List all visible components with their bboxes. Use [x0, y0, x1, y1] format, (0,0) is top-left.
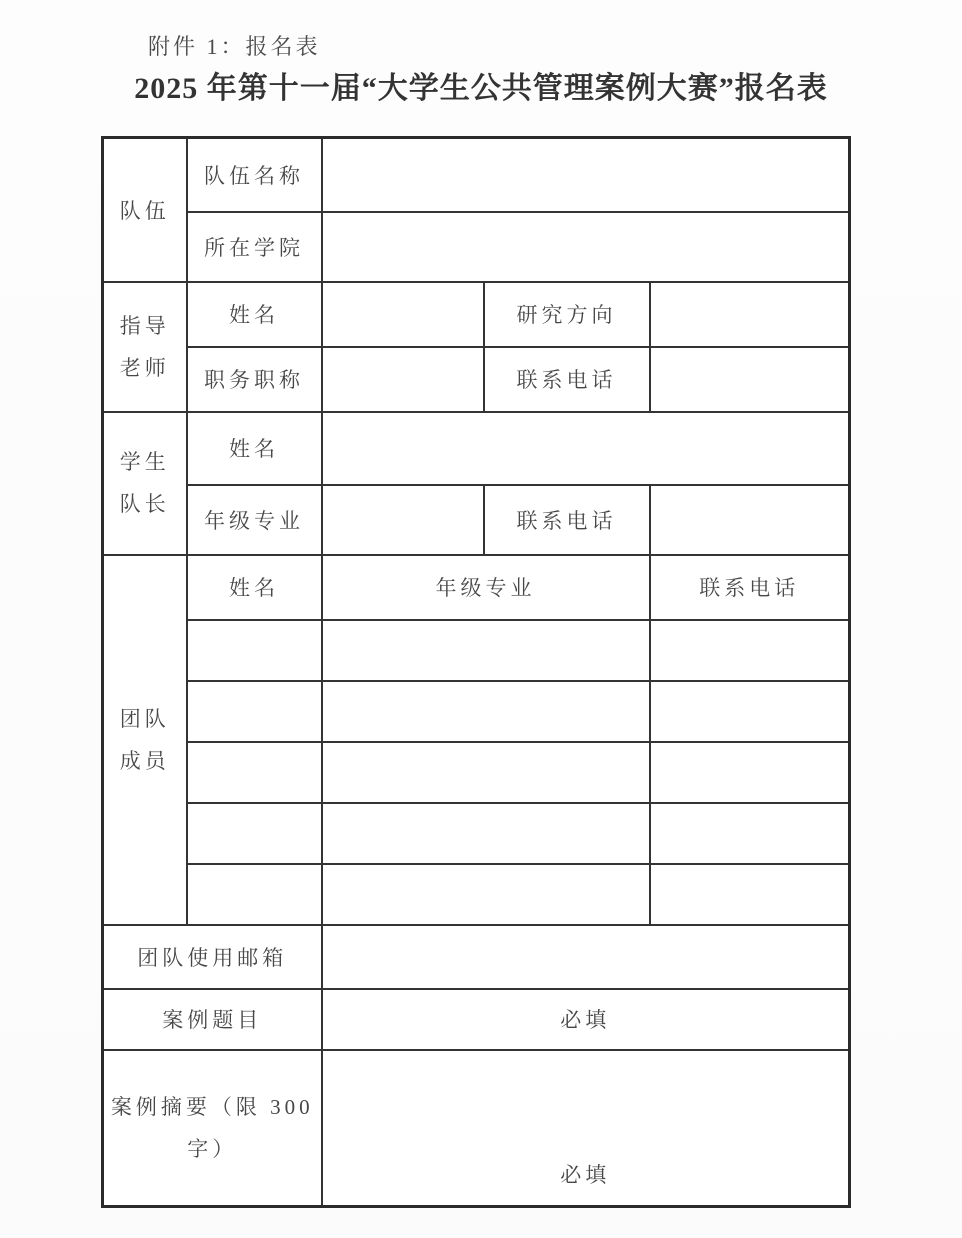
- member-name-column-header: 姓名: [187, 555, 322, 620]
- advisor-phone-label: 联系电话: [484, 347, 650, 412]
- advisor-group-label-line2: 老师: [108, 347, 182, 389]
- attachment-label: 附件 1：报名表: [148, 30, 321, 61]
- captain-group-label-line2: 队长: [108, 483, 182, 525]
- member-grade-value: [322, 620, 650, 681]
- advisor-phone-value: [650, 347, 850, 412]
- member-grade-column-header: 年级专业: [322, 555, 650, 620]
- member-phone-value: [650, 620, 850, 681]
- registration-table: 队伍 队伍名称 所在学院 指导 老师 姓名 研究方向 职务职称: [101, 136, 851, 1208]
- team-college-row: 所在学院: [103, 212, 850, 282]
- team-name-row: 队伍 队伍名称: [103, 138, 850, 212]
- member-row: [103, 803, 850, 864]
- case-title-row: 案例题目 必填: [103, 989, 850, 1050]
- email-row: 团队使用邮箱: [103, 925, 850, 989]
- member-phone-value: [650, 681, 850, 742]
- captain-grade-label: 年级专业: [187, 485, 322, 555]
- captain-phone-value: [650, 485, 850, 555]
- advisor-title-value: [322, 347, 484, 412]
- advisor-title-label: 职务职称: [187, 347, 322, 412]
- team-name-label: 队伍名称: [187, 138, 322, 212]
- member-row: [103, 864, 850, 925]
- captain-grade-row: 年级专业 联系电话: [103, 485, 850, 555]
- advisor-name-value: [322, 282, 484, 347]
- email-value: [322, 925, 850, 989]
- advisor-title-row: 职务职称 联系电话: [103, 347, 850, 412]
- advisor-group-label: 指导 老师: [103, 282, 187, 412]
- advisor-research-value: [650, 282, 850, 347]
- member-name-value: [187, 742, 322, 803]
- advisor-research-label: 研究方向: [484, 282, 650, 347]
- team-name-value: [322, 138, 850, 212]
- member-name-value: [187, 803, 322, 864]
- member-name-value: [187, 681, 322, 742]
- advisor-name-label: 姓名: [187, 282, 322, 347]
- members-group-label: 团队 成员: [103, 555, 187, 925]
- captain-phone-label: 联系电话: [484, 485, 650, 555]
- captain-name-value: [322, 412, 850, 485]
- captain-name-row: 学生 队长 姓名: [103, 412, 850, 485]
- captain-name-label: 姓名: [187, 412, 322, 485]
- document-page: 附件 1：报名表 2025 年第十一届“大学生公共管理案例大赛”报名表 队伍 队…: [0, 0, 962, 1238]
- abstract-required: 必填: [322, 1050, 850, 1207]
- team-college-label: 所在学院: [187, 212, 322, 282]
- member-row: [103, 742, 850, 803]
- captain-group-label-line1: 学生: [108, 441, 182, 483]
- member-grade-value: [322, 803, 650, 864]
- abstract-label: 案例摘要（限 300 字）: [103, 1050, 322, 1207]
- email-label: 团队使用邮箱: [103, 925, 322, 989]
- captain-group-label: 学生 队长: [103, 412, 187, 555]
- member-name-value: [187, 620, 322, 681]
- advisor-name-row: 指导 老师 姓名 研究方向: [103, 282, 850, 347]
- member-row: [103, 681, 850, 742]
- captain-grade-value: [322, 485, 484, 555]
- member-phone-value: [650, 803, 850, 864]
- page-title: 2025 年第十一届“大学生公共管理案例大赛”报名表: [0, 63, 962, 107]
- case-title-required: 必填: [322, 989, 850, 1050]
- member-grade-value: [322, 681, 650, 742]
- member-phone-value: [650, 864, 850, 925]
- member-name-value: [187, 864, 322, 925]
- team-college-value: [322, 212, 850, 282]
- member-phone-value: [650, 742, 850, 803]
- case-title-label: 案例题目: [103, 989, 322, 1050]
- abstract-label-text: 案例摘要（限 300 字）: [109, 1086, 315, 1170]
- advisor-group-label-line1: 指导: [108, 305, 182, 347]
- members-header-row: 团队 成员 姓名 年级专业 联系电话: [103, 555, 850, 620]
- members-group-label-line2: 成员: [108, 740, 182, 782]
- abstract-row: 案例摘要（限 300 字） 必填: [103, 1050, 850, 1207]
- member-grade-value: [322, 742, 650, 803]
- member-phone-column-header: 联系电话: [650, 555, 850, 620]
- members-group-label-line1: 团队: [108, 698, 182, 740]
- member-grade-value: [322, 864, 650, 925]
- team-group-label: 队伍: [103, 138, 187, 282]
- member-row: [103, 620, 850, 681]
